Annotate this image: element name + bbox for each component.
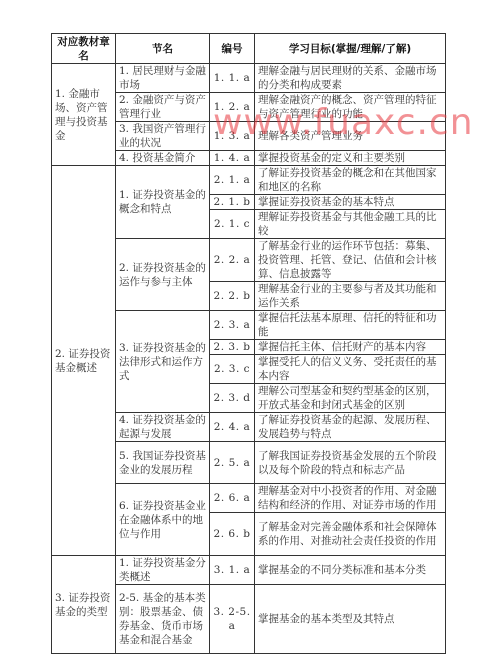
- goal-cell: 理解金融资产的概念、资产管理的特征与资产管理行业的功能: [255, 93, 446, 122]
- chapter-cell: 1. 金融市场、资产管理与投资基金: [52, 64, 116, 166]
- section-cell: 1. 居民理财与金融市场: [116, 64, 210, 93]
- goal-cell: 掌握基金的不同分类标准和基本分类: [255, 556, 446, 585]
- code-cell: 1. 2. a: [210, 93, 255, 122]
- goal-cell: 理解基金行业的主要参与者及其功能和运作关系: [255, 282, 446, 311]
- goal-cell: 理解基金对中小投资者的作用、对金融结构和经济的作用、对证券市场的作用: [255, 484, 446, 513]
- code-cell: 3. 2-5. a: [210, 585, 255, 654]
- section-cell: 4. 证券投资基金的起源与发展: [116, 413, 210, 442]
- table-row: 3. 证券投资基金的类型 1. 证券投资基金分类概述 3. 1. a 掌握基金的…: [52, 556, 446, 585]
- code-cell: 1. 1. a: [210, 64, 255, 93]
- goal-cell: 理解证券投资基金与其他金融工具的比较: [255, 210, 446, 239]
- goal-cell: 掌握信托主体、信托财产的基本内容: [255, 340, 446, 355]
- chapter-cell: 3. 证券投资基金的类型: [52, 556, 116, 654]
- header-row: 对应教材章名 节名 编号 学习目标(掌握/理解/了解): [52, 34, 446, 64]
- chapter-cell: 2. 证券投资基金概述: [52, 166, 116, 556]
- code-cell: 2. 6. a: [210, 484, 255, 513]
- section-cell: 2. 证券投资基金的运作与参与主体: [116, 239, 210, 311]
- code-cell: 2. 5. a: [210, 442, 255, 484]
- code-cell: 2. 6. b: [210, 513, 255, 556]
- goal-cell: 掌握证券投资基金的基本特点: [255, 195, 446, 210]
- code-cell: 3. 1. a: [210, 556, 255, 585]
- section-cell: 6. 证券投资基金业在金融体系中的地位与作用: [116, 484, 210, 556]
- section-cell: 2. 金融资产与资产管理行业: [116, 93, 210, 122]
- code-cell: 2. 1. c: [210, 210, 255, 239]
- section-cell: 3. 证券投资基金的法律形式和运作方式: [116, 311, 210, 413]
- goal-cell: 了解我国证券投资基金发展的五个阶段以及每个阶段的特点和标志产品: [255, 442, 446, 484]
- table-row: 1. 金融市场、资产管理与投资基金 1. 居民理财与金融市场 1. 1. a 理…: [52, 64, 446, 93]
- goal-cell: 掌握受托人的信义义务、受托责任的基本内容: [255, 355, 446, 384]
- code-cell: 2. 3. c: [210, 355, 255, 384]
- syllabus-table: 对应教材章名 节名 编号 学习目标(掌握/理解/了解) 1. 金融市场、资产管理…: [51, 33, 446, 654]
- header-chapter: 对应教材章名: [52, 34, 116, 64]
- code-cell: 2. 1. a: [210, 166, 255, 195]
- goal-cell: 了解证券投资基金的起源、发展历程、发展趋势与特点: [255, 413, 446, 442]
- section-cell: 2-5. 基金的基本类别：股票基金、债券基金、货币市场基金和混合基金: [116, 585, 210, 654]
- code-cell: 2. 2. b: [210, 282, 255, 311]
- section-cell: 3. 我国资产管理行业的状况: [116, 122, 210, 151]
- goal-cell: 理解金融与居民理财的关系、金融市场的分类和构成要素: [255, 64, 446, 93]
- goal-cell: 掌握基金的基本类型及其特点: [255, 585, 446, 654]
- code-cell: 1. 4. a: [210, 151, 255, 166]
- code-cell: 2. 4. a: [210, 413, 255, 442]
- section-cell: 5. 我国证券投资基金业的发展历程: [116, 442, 210, 484]
- code-cell: 2. 2. a: [210, 239, 255, 282]
- header-goal: 学习目标(掌握/理解/了解): [255, 34, 446, 64]
- goal-cell: 了解基金对完善金融体系和社会保障体系的作用、对推动社会责任投资的作用: [255, 513, 446, 556]
- goal-cell: 了解证券投资基金的概念和在其他国家和地区的名称: [255, 166, 446, 195]
- code-cell: 2. 3. b: [210, 340, 255, 355]
- goal-cell: 理解各类资产管理业务: [255, 122, 446, 151]
- header-code: 编号: [210, 34, 255, 64]
- code-cell: 2. 3. a: [210, 311, 255, 340]
- code-cell: 1. 3. a: [210, 122, 255, 151]
- goal-cell: 掌握投资基金的定义和主要类别: [255, 151, 446, 166]
- section-cell: 4. 投资基金简介: [116, 151, 210, 166]
- section-cell: 1. 证券投资基金分类概述: [116, 556, 210, 585]
- goal-cell: 理解公司型基金和契约型基金的区别，开放式基金和封闭式基金的区别: [255, 384, 446, 413]
- table-row: 2. 证券投资基金概述 1. 证券投资基金的概念和特点 2. 1. a 了解证券…: [52, 166, 446, 195]
- goal-cell: 掌握信托法基本原理、信托的特征和功能: [255, 311, 446, 340]
- code-cell: 2. 3. d: [210, 384, 255, 413]
- goal-cell: 了解基金行业的运作环节包括：募集、投资管理、托管、登记、估值和会计核算、信息披露…: [255, 239, 446, 282]
- header-section: 节名: [116, 34, 210, 64]
- code-cell: 2. 1. b: [210, 195, 255, 210]
- section-cell: 1. 证券投资基金的概念和特点: [116, 166, 210, 239]
